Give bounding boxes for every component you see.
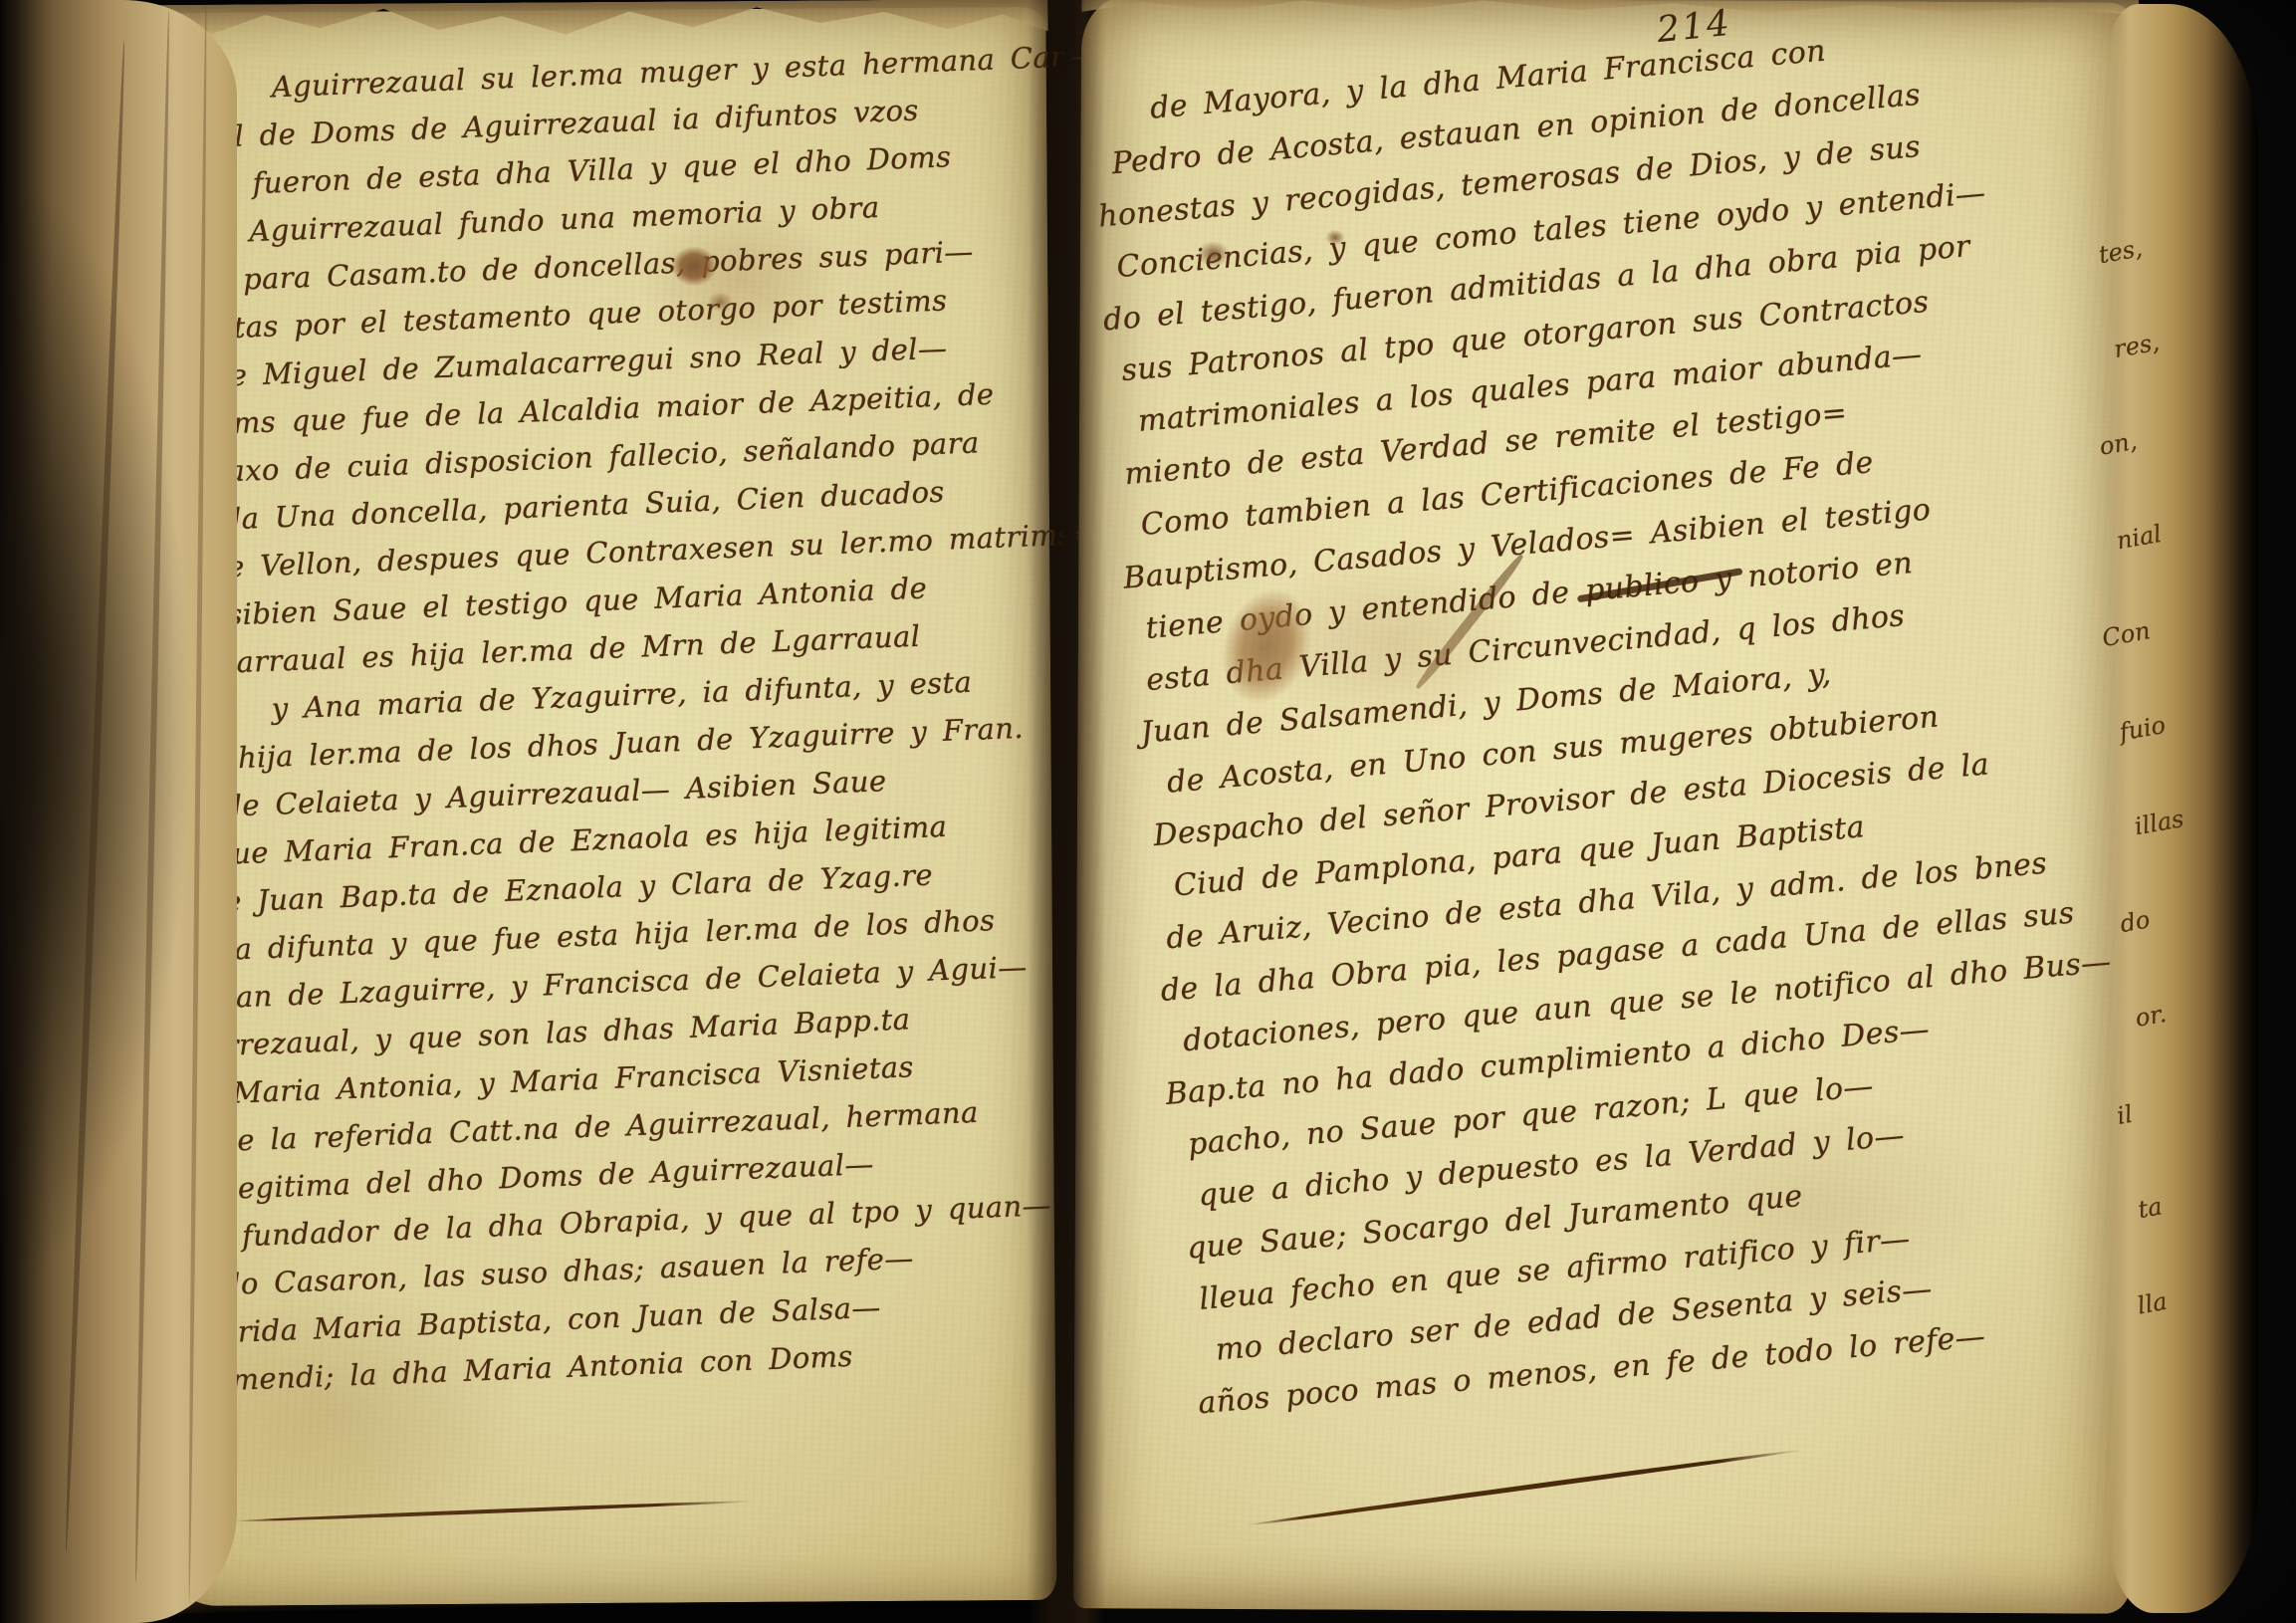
left-page: o Aguirrezaual su ler.ma muger y esta he… [141, 7, 1056, 1606]
edge-text-fragment: ta [2136, 1186, 2210, 1290]
manuscript-photo: o Aguirrezaual su ler.ma muger y esta he… [0, 0, 2296, 1623]
right-page-text: de Mayora, y la dha Maria Francisca conP… [1093, 8, 2144, 1430]
edge-text-fragment: do [2118, 899, 2200, 1005]
page-edge-ridge [187, 0, 209, 1603]
edge-text-fragment: nial [2115, 518, 2187, 622]
edge-text-fragment: or. [2133, 996, 2203, 1099]
page-edge-ridge [132, 10, 171, 1583]
end-of-entry-rule [1246, 1448, 1804, 1528]
page-edge-ridge [63, 40, 127, 1552]
edge-text-fragment: on, [2097, 421, 2183, 528]
edge-text-fragment: res, [2112, 327, 2181, 430]
next-page-text-fragments: tes,res,on,nialConfuioillasdoor.iltalla [2103, 234, 2208, 1383]
left-page-text: Aguirrezaual su ler.ma muger y esta herm… [183, 32, 1144, 1404]
left-book-page-edges [0, 0, 237, 1623]
right-page: 214 de Mayora, y la dha Maria Francisca … [1073, 0, 2139, 1614]
edge-text-fragment: tes, [2097, 230, 2178, 336]
edge-text-fragment: fuio [2117, 708, 2193, 812]
edge-text-fragment: lla [2136, 1281, 2214, 1387]
book-gutter [1028, 0, 1105, 1623]
edge-text-fragment: illas [2133, 805, 2198, 907]
right-book-page-edges: tes,res,on,nialConfuioillasdoor.iltalla [2109, 4, 2258, 1613]
edge-text-fragment: Con [2100, 611, 2190, 719]
end-of-entry-rule [232, 1500, 755, 1523]
edge-text-fragment: il [2115, 1089, 2207, 1197]
